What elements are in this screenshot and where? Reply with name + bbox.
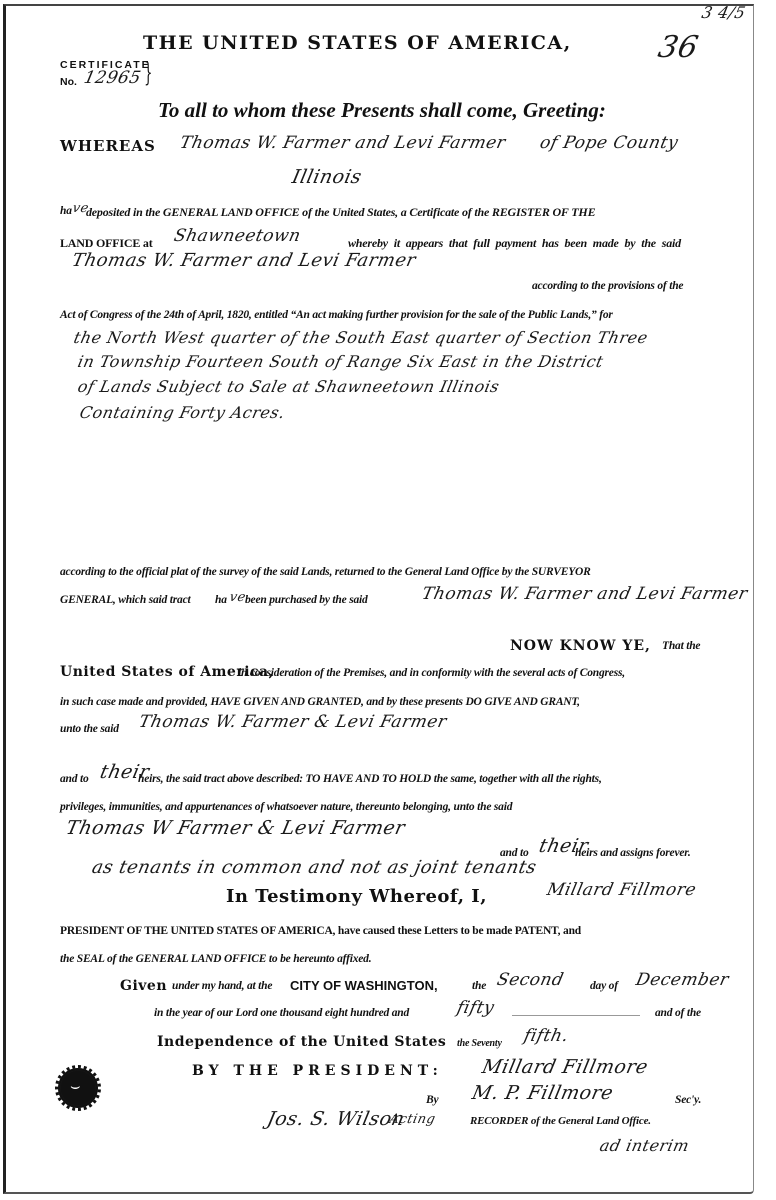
recorder-signature: Jos. S. Wilson	[265, 1108, 407, 1130]
seventy-handwritten: fifth.	[522, 1026, 570, 1046]
ad-interim-handwritten: ad interim	[598, 1136, 691, 1155]
land-description-line: in Township Fourteen South of Range Six …	[76, 352, 605, 371]
county-handwritten: of Pope County	[538, 133, 680, 153]
state-handwritten: Illinois	[290, 166, 364, 188]
survey-tract-text: GENERAL, which said tract	[60, 594, 190, 606]
in-testimony-whereof: In Testimony Whereof, I,	[226, 886, 487, 907]
habendum-text: heirs, the said tract above described: T…	[138, 773, 602, 785]
grantees-handwritten-2: Thomas W. Farmer & Levi Farmer	[137, 712, 449, 732]
brace-decoration: }	[144, 60, 152, 86]
recorder-label: RECORDER of the General Land Office.	[470, 1115, 651, 1127]
given-text: under my hand, at the	[172, 980, 272, 992]
that-the: That the	[662, 640, 700, 652]
land-description-line: the North West quarter of the South East…	[72, 328, 650, 347]
consideration-text: in consideration of the Premises, and in…	[238, 667, 625, 679]
heirs-assigns-text: heirs and assigns forever.	[575, 847, 691, 859]
given-granted-text: in such case made and provided, HAVE GIV…	[60, 696, 580, 708]
greeting: To all to whom these Presents shall come…	[158, 98, 606, 123]
grantees-handwritten: Thomas W. Farmer and Levi Farmer	[178, 133, 507, 153]
the-label: the	[472, 980, 486, 992]
act-text: Act of Congress of the 24th of April, 18…	[60, 309, 613, 321]
president-line: PRESIDENT OF THE UNITED STATES OF AMERIC…	[60, 925, 581, 937]
the-seventy: the Seventy	[457, 1038, 502, 1049]
by-label: By	[426, 1094, 438, 1106]
acting-handwritten: Acting	[388, 1112, 437, 1127]
purchased-text: been purchased by the said	[245, 594, 368, 606]
deposited-text: deposited in the GENERAL LAND OFFICE of …	[86, 205, 595, 220]
marginal-note-top: 3 4/5	[700, 3, 748, 22]
land-office-at: LAND OFFICE at	[60, 236, 153, 251]
year-text: in the year of our Lord one thousand eig…	[154, 1007, 409, 1019]
and-to: and to	[60, 773, 89, 785]
land-description-line: Containing Forty Acres.	[78, 403, 287, 422]
marginal-note-large: 36	[655, 30, 702, 65]
year-handwritten: fifty	[455, 998, 496, 1018]
year-blank-line	[512, 1015, 640, 1016]
given-gothic: Given	[120, 978, 167, 994]
land-office-place-handwritten: Shawneetown	[172, 226, 303, 246]
grantees-handwritten-3: Thomas W Farmer & Levi Farmer	[64, 817, 407, 839]
seal-icon: ⌣	[58, 1068, 98, 1108]
independence-gothic: Independence of the United States	[157, 1034, 446, 1050]
day-of-label: day of	[590, 980, 618, 992]
survey-text: according to the official plat of the su…	[60, 566, 591, 578]
whereas-label: WHEREAS	[60, 137, 156, 155]
secretary-signature: M. P. Fillmore	[470, 1082, 615, 1104]
certificate-number: 12965	[82, 68, 143, 88]
by-the-president: BY THE PRESIDENT:	[192, 1063, 443, 1079]
survey-ha: ha	[215, 594, 227, 606]
president-signature: Millard Fillmore	[480, 1056, 650, 1078]
seal-line: the SEAL of the GENERAL LAND OFFICE to b…	[60, 953, 371, 965]
privileges-text: privileges, immunities, and appurtenance…	[60, 801, 512, 813]
tenancy-handwritten: as tenants in common and not as joint te…	[90, 857, 539, 878]
day-handwritten: Second	[495, 970, 566, 990]
provisions-text: according to the provisions of the	[532, 280, 683, 292]
now-know-ye: NOW KNOW YE,	[510, 638, 651, 654]
secretary-label: Sec'y.	[675, 1094, 701, 1106]
document-title: THE UNITED STATES OF AMERICA,	[143, 32, 572, 54]
purchasers-handwritten: Thomas W. Farmer and Levi Farmer	[420, 584, 749, 604]
president-name-handwritten: Millard Fillmore	[545, 880, 698, 900]
unto-the-said: unto the said	[60, 723, 119, 735]
number-label: No.	[60, 76, 77, 88]
whereby-text: whereby it appears that full payment has…	[348, 236, 681, 251]
and-of-the: and of the	[655, 1007, 701, 1019]
month-handwritten: December	[634, 970, 731, 990]
payer-handwritten: Thomas W. Farmer and Levi Farmer	[70, 250, 418, 271]
city-label: CITY OF WASHINGTON,	[290, 978, 438, 993]
land-description-line: of Lands Subject to Sale at Shawneetown …	[76, 377, 501, 396]
